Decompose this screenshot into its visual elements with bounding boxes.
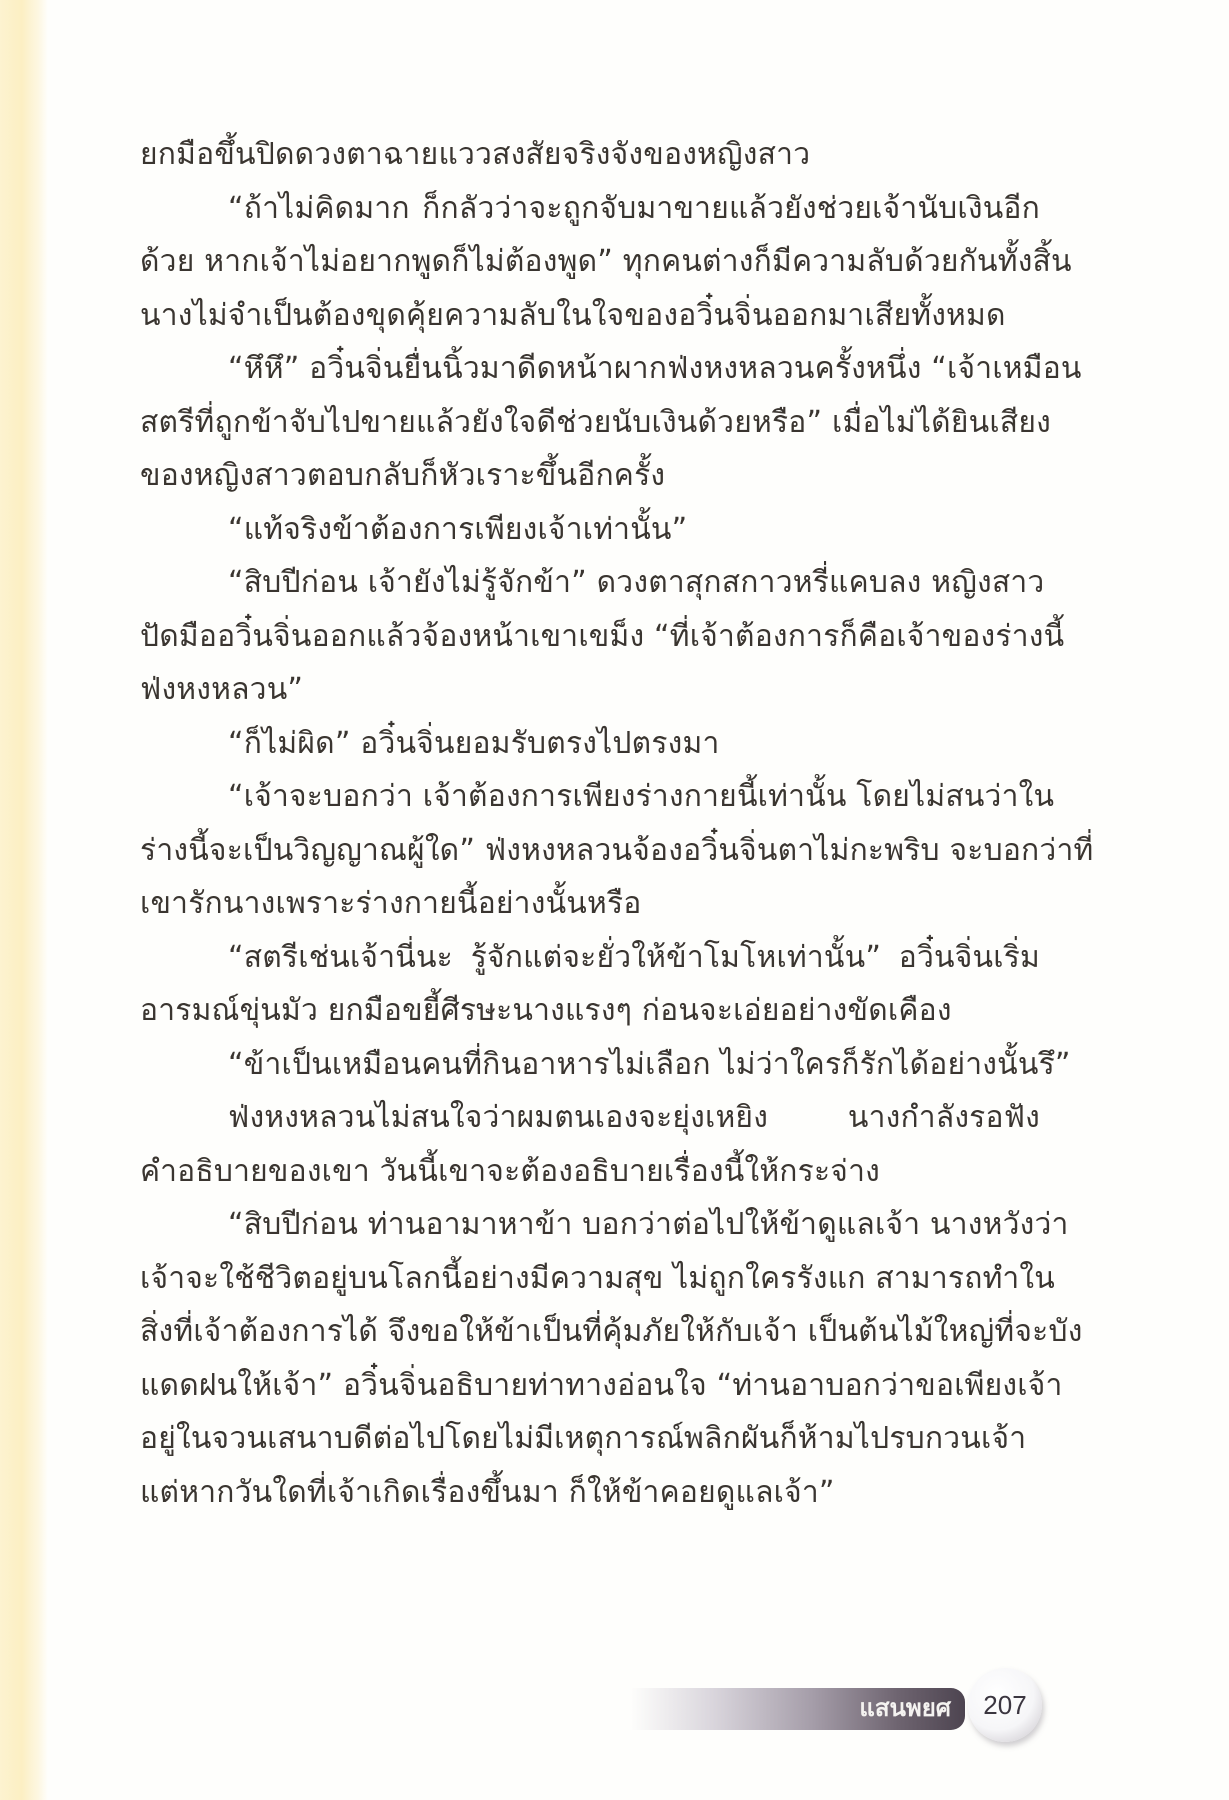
text-line: “สตรีเช่นเจ้านี่นะ รู้จักแต่จะยั่วให้ข้า…: [140, 931, 1040, 985]
text-line: “หึหึ” อวิ๋นจิ่นยื่นนิ้วมาดีดหน้าผากฟ่งห…: [140, 342, 1040, 396]
text-line: แต่หากวันใดที่เจ้าเกิดเรื่องขึ้นมา ก็ให้…: [140, 1466, 1040, 1520]
text-line: แดดฝนให้เจ้า” อวิ๋นจิ่นอธิบายท่าทางอ่อนใ…: [140, 1359, 1040, 1413]
text-line: “แท้จริงข้าต้องการเพียงเจ้าเท่านั้น”: [140, 503, 1040, 557]
text-line: ปัดมืออวิ๋นจิ่นออกแล้วจ้องหน้าเขาเขม็ง “…: [140, 610, 1040, 664]
text-line: เขารักนางเพราะร่างกายนี้อย่างนั้นหรือ: [140, 877, 1040, 931]
text-line: “ก็ไม่ผิด” อวิ๋นจิ่นยอมรับตรงไปตรงมา: [140, 717, 1040, 771]
text-line: อารมณ์ขุ่นมัว ยกมือขยี้ศีรษะนางแรงๆ ก่อน…: [140, 984, 1040, 1038]
text-line: ร่างนี้จะเป็นวิญญาณผู้ใด” ฟ่งหงหลวนจ้องอ…: [140, 824, 1040, 878]
text-line: ฟ่งหงหลวนไม่สนใจว่าผมตนเองจะยุ่งเหยิง นา…: [140, 1091, 1040, 1145]
page-number-badge: 207: [968, 1668, 1042, 1742]
footer-title-bar: แสนพยศ: [630, 1688, 965, 1730]
text-line: ของหญิงสาวตอบกลับก็หัวเราะขึ้นอีกครั้ง: [140, 449, 1040, 503]
text-line: “สิบปีก่อน เจ้ายังไม่รู้จักข้า” ดวงตาสุก…: [140, 556, 1040, 610]
text-line: คำอธิบายของเขา วันนี้เขาจะต้องอธิบายเรื่…: [140, 1145, 1040, 1199]
text-line: อยู่ในจวนเสนาบดีต่อไปโดยไม่มีเหตุการณ์พล…: [140, 1412, 1040, 1466]
text-line: สิ่งที่เจ้าต้องการได้ จึงขอให้ข้าเป็นที่…: [140, 1305, 1040, 1359]
page-gutter-shadow: [0, 0, 48, 1800]
page-number: 207: [968, 1668, 1042, 1742]
text-line: ยกมือขึ้นปิดดวงตาฉายแววสงสัยจริงจังของหญ…: [140, 128, 1040, 182]
text-line: ฟ่งหงหลวน”: [140, 663, 1040, 717]
body-text: ยกมือขึ้นปิดดวงตาฉายแววสงสัยจริงจังของหญ…: [140, 128, 1040, 1519]
text-line: นางไม่จำเป็นต้องขุดคุ้ยความลับในใจของอวิ…: [140, 289, 1040, 343]
text-line: ด้วย หากเจ้าไม่อยากพูดก็ไม่ต้องพูด” ทุกค…: [140, 235, 1040, 289]
text-line: สตรีที่ถูกข้าจับไปขายแล้วยังใจดีช่วยนับเ…: [140, 396, 1040, 450]
book-title: แสนพยศ: [859, 1688, 951, 1730]
text-line: “ข้าเป็นเหมือนคนที่กินอาหารไม่เลือก ไม่ว…: [140, 1038, 1040, 1092]
text-line: “เจ้าจะบอกว่า เจ้าต้องการเพียงร่างกายนี้…: [140, 770, 1040, 824]
text-line: “สิบปีก่อน ท่านอามาหาข้า บอกว่าต่อไปให้ข…: [140, 1198, 1040, 1252]
text-line: “ถ้าไม่คิดมาก ก็กลัวว่าจะถูกจับมาขายแล้ว…: [140, 182, 1040, 236]
text-line: เจ้าจะใช้ชีวิตอยู่บนโลกนี้อย่างมีความสุข…: [140, 1252, 1040, 1306]
